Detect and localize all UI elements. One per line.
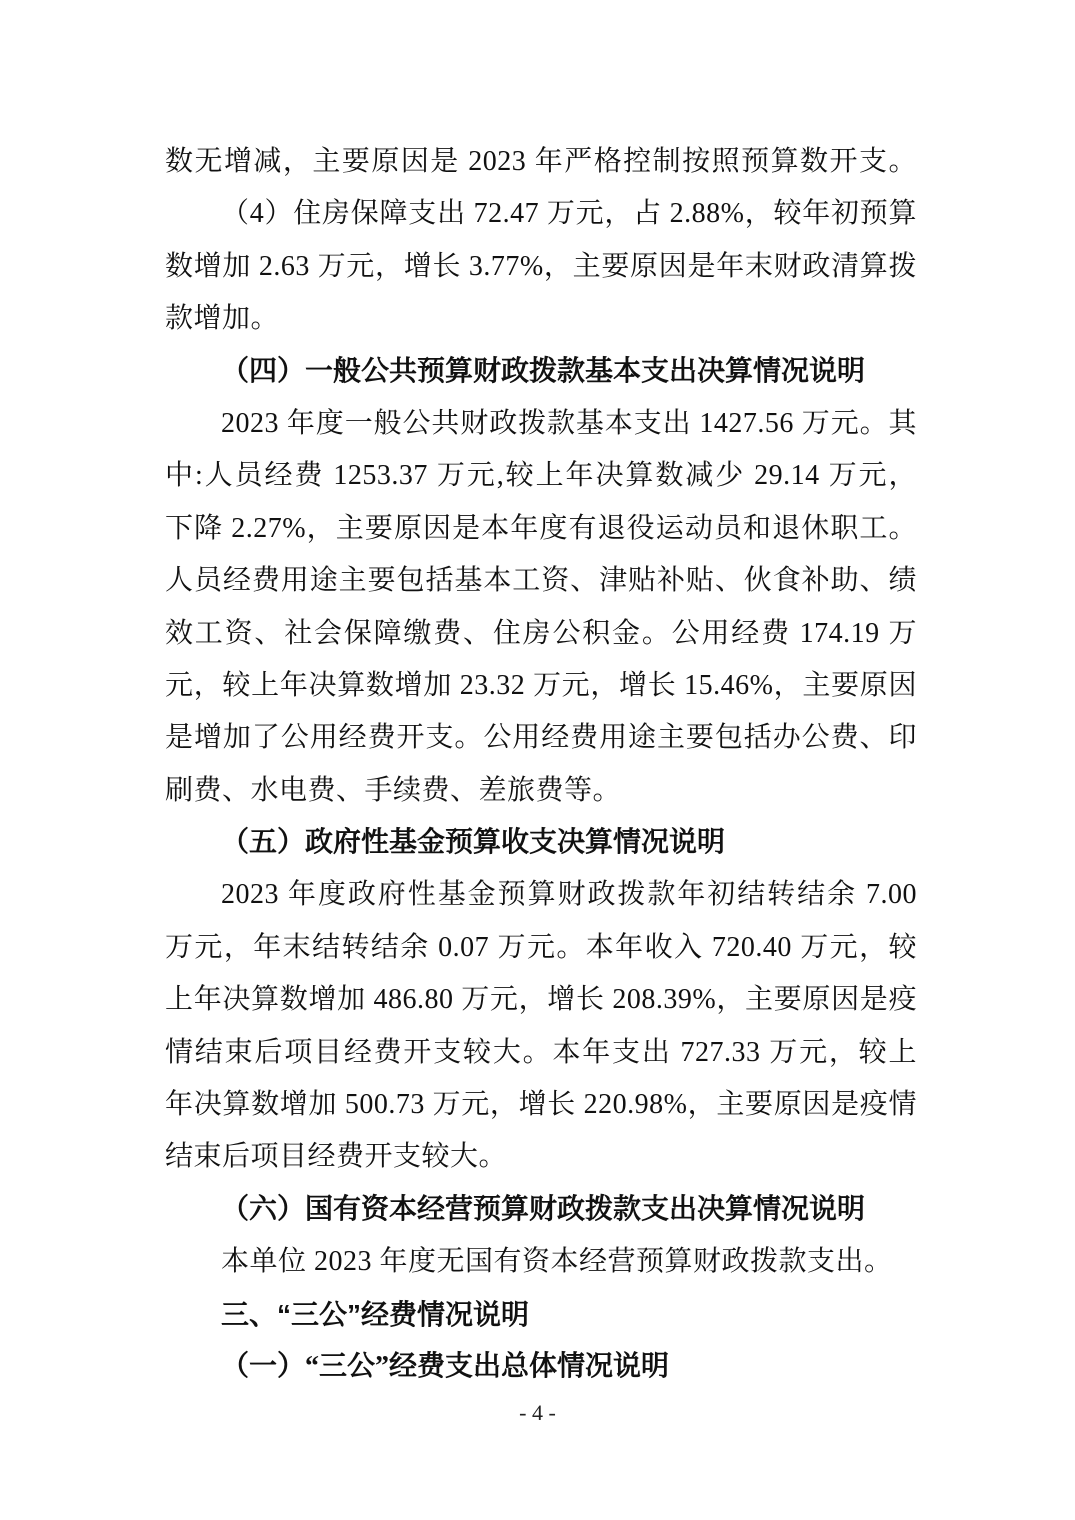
document-line: 下降 2.27%，主要原因是本年度有退役运动员和退休职工。	[165, 503, 917, 555]
document-line: （四）一般公共预算财政拨款基本支出决算情况说明	[165, 346, 917, 398]
document-line: 情结束后项目经费开支较大。本年支出 727.33 万元，较上	[165, 1027, 917, 1079]
document-line: 结束后项目经费开支较大。	[165, 1131, 917, 1183]
document-line: （4）住房保障支出 72.47 万元，占 2.88%，较年初预算	[165, 188, 917, 240]
document-line: 年决算数增加 500.73 万元，增长 220.98%，主要原因是疫情	[165, 1079, 917, 1131]
document-line: 效工资、社会保障缴费、住房公积金。公用经费 174.19 万	[165, 608, 917, 660]
document-line: 三、“三公”经费情况说明	[165, 1289, 917, 1341]
document-line: 2023 年度政府性基金预算财政拨款年初结转结余 7.00	[165, 869, 917, 921]
document-line: （五）政府性基金预算收支决算情况说明	[165, 817, 917, 869]
document-line: （六）国有资本经营预算财政拨款支出决算情况说明	[165, 1184, 917, 1236]
text-block: 数无增减，主要原因是 2023 年严格控制按照预算数开支。（4）住房保障支出 7…	[165, 136, 917, 1393]
document-line: 刷费、水电费、手续费、差旅费等。	[165, 765, 917, 817]
document-line: 数增加 2.63 万元，增长 3.77%，主要原因是年末财政清算拨	[165, 241, 917, 293]
document-line: 数无增减，主要原因是 2023 年严格控制按照预算数开支。	[165, 136, 917, 188]
document-line: 是增加了公用经费开支。公用经费用途主要包括办公费、印	[165, 712, 917, 764]
page-number: - 4 -	[0, 1400, 1075, 1426]
document-line: 万元，年末结转结余 0.07 万元。本年收入 720.40 万元，较	[165, 922, 917, 974]
document-page: 数无增减，主要原因是 2023 年严格控制按照预算数开支。（4）住房保障支出 7…	[0, 0, 1075, 1520]
document-line: 上年决算数增加 486.80 万元，增长 208.39%，主要原因是疫	[165, 974, 917, 1026]
document-line: 人员经费用途主要包括基本工资、津贴补贴、伙食补助、绩	[165, 555, 917, 607]
document-line: 本单位 2023 年度无国有资本经营预算财政拨款支出。	[165, 1236, 917, 1288]
document-line: 款增加。	[165, 293, 917, 345]
document-line: 2023 年度一般公共财政拨款基本支出 1427.56 万元。其	[165, 398, 917, 450]
document-line: 中:人员经费 1253.37 万元,较上年决算数减少 29.14 万元，	[165, 450, 917, 502]
document-line: 元，较上年决算数增加 23.32 万元，增长 15.46%，主要原因	[165, 660, 917, 712]
document-line: （一）“三公”经费支出总体情况说明	[165, 1341, 917, 1393]
